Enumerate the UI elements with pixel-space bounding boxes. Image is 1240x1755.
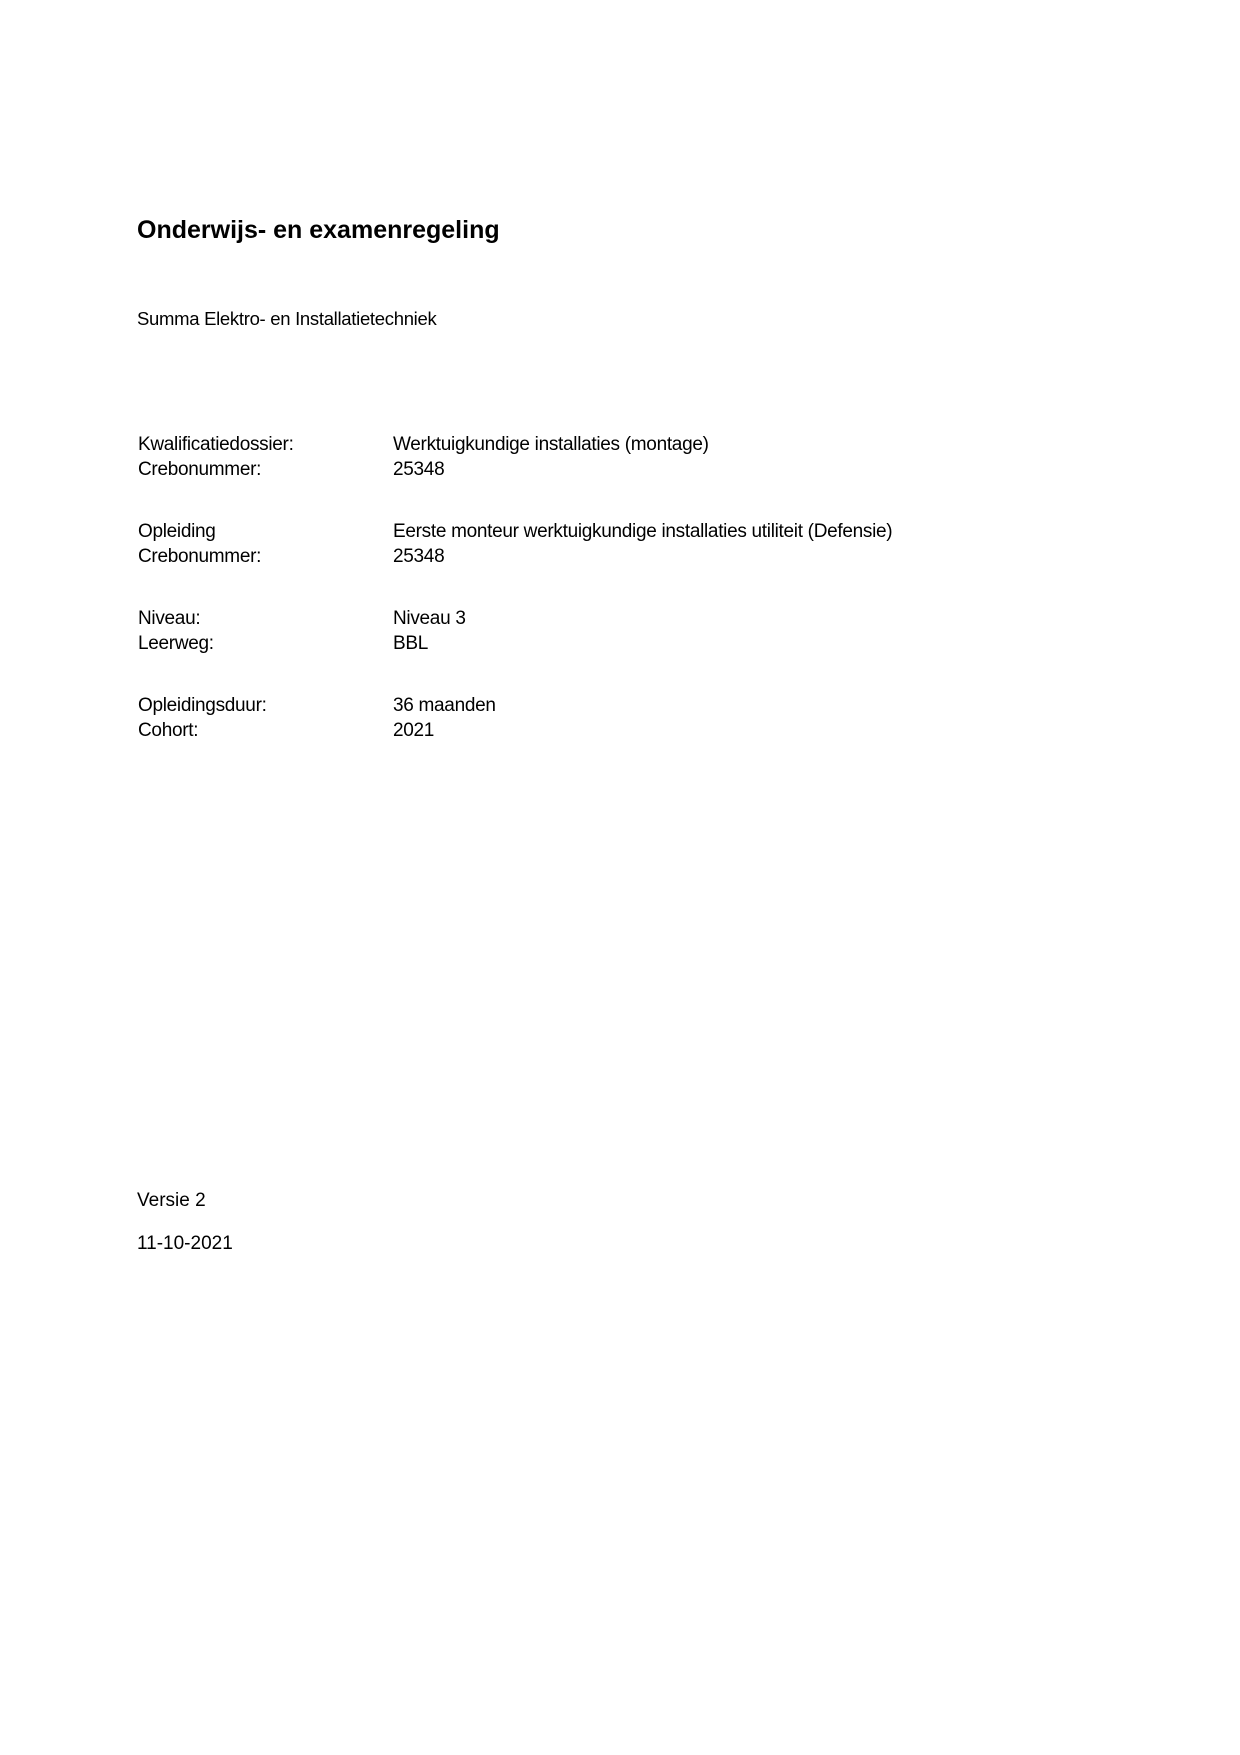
field-label: Opleiding [138,519,216,544]
document-title: Onderwijs- en examenregeling [137,216,500,245]
field-label: Crebonummer: [138,544,261,569]
document-version: Versie 2 [137,1190,206,1212]
field-value: Werktuigkundige installaties (montage) [393,432,709,457]
field-value: Eerste monteur werktuigkundige installat… [393,519,892,544]
field-value: 2021 [393,718,434,743]
document-subtitle: Summa Elektro- en Installatietechniek [137,308,436,330]
field-value: Niveau 3 [393,606,466,631]
field-value: 25348 [393,544,444,569]
field-label: Crebonummer: [138,457,261,482]
field-label: Cohort: [138,718,198,743]
field-value: 25348 [393,457,444,482]
document-date: 11-10-2021 [137,1233,233,1255]
field-label: Opleidingsduur: [138,693,267,718]
field-label: Kwalificatiedossier: [138,432,294,457]
field-value: 36 maanden [393,693,496,718]
field-value: BBL [393,631,428,656]
field-label: Niveau: [138,606,200,631]
field-label: Leerweg: [138,631,214,656]
